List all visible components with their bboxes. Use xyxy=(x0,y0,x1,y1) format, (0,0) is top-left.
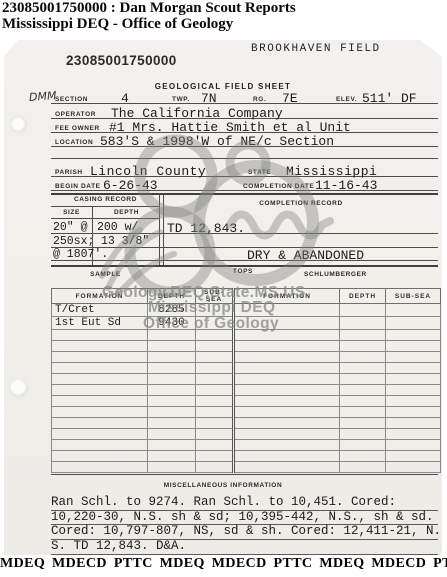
header-title: 23085001750000 : Dan Morgan Scout Report… xyxy=(2,0,296,17)
col-header: DEPTH xyxy=(340,289,386,304)
begin-date-value: 6-26-43 xyxy=(103,178,158,193)
formation-cell: 1st Eut Sd xyxy=(52,317,148,330)
screenshot-root: 23085001750000 : Dan Morgan Scout Report… xyxy=(0,0,447,577)
operator-value: The California Company xyxy=(111,106,283,121)
begin-date-label: BEGIN DATE xyxy=(55,183,101,190)
tops-empty-row xyxy=(52,363,441,374)
punch-hole xyxy=(9,378,27,396)
rg-label: RG. xyxy=(253,96,266,103)
col-header: SUB-SEA xyxy=(386,289,441,304)
misc-line: Ran Schl. to 9274. Ran Schl. to 10,451. … xyxy=(51,496,438,511)
tops-empty-row xyxy=(52,440,441,451)
tops-empty-row xyxy=(52,396,441,407)
misc-info-block: Ran Schl. to 9274. Ran Schl. to 10,451. … xyxy=(51,496,438,555)
rule xyxy=(51,218,160,219)
tops-empty-row xyxy=(52,374,441,385)
footer-banner: MDEQ MDECD PTTC MDEQ MDECD PTTC MDEQ MDE… xyxy=(0,556,447,572)
location-value: 583'S & 1998'W of NE/c Section xyxy=(100,134,334,149)
watermark-office-text: Office of Geology xyxy=(143,315,279,333)
tops-empty-row xyxy=(52,451,441,462)
casing-depth-value: 13 3/8" xyxy=(101,235,149,248)
section-label: SECTION xyxy=(55,96,88,103)
depth-cell xyxy=(340,304,386,317)
api-number: 23085001750000 xyxy=(66,53,177,68)
misc-line: 10,220-30, N.S. sh & sd; 10,395-442, N.S… xyxy=(51,511,438,526)
casing-size-value: 20" @ xyxy=(53,221,88,234)
parish-value: Lincoln County xyxy=(90,164,206,179)
location-label: LOCATION xyxy=(55,139,93,146)
field-name: BROOKHAVEN FIELD xyxy=(251,43,381,55)
tops-label: TOPS xyxy=(233,268,253,275)
elev-label: ELEV. xyxy=(336,96,357,103)
operator-label: OPERATOR xyxy=(55,111,96,118)
elev-value: 511' DF xyxy=(362,91,417,106)
formation-cell: T/Cret xyxy=(52,304,148,317)
twp-value: 7N xyxy=(201,91,217,106)
completion-date-label: COMPLETION DATE xyxy=(243,183,314,190)
parish-label: PARISH xyxy=(55,169,83,176)
subsea-cell xyxy=(386,304,441,317)
tops-empty-row xyxy=(52,418,441,429)
tops-empty-row xyxy=(52,341,441,352)
header-subtitle: Mississippi DEQ - Office of Geology xyxy=(2,16,233,33)
depth-cell xyxy=(340,317,386,330)
completion-date-value: 11-16-43 xyxy=(315,178,377,193)
rule xyxy=(51,474,438,475)
misc-line: S. TD 12,843. D&A. xyxy=(51,540,438,555)
state-label: STATE xyxy=(248,169,271,176)
subsea-cell xyxy=(386,317,441,330)
sheet-title: GEOLOGICAL FIELD SHEET xyxy=(4,82,442,91)
casing-depth-value: 200 w/ xyxy=(97,221,138,234)
state-value: Mississippi xyxy=(286,164,377,179)
casing-record-title: CASING RECORD xyxy=(51,196,160,203)
rg-value: 7E xyxy=(282,91,298,106)
total-depth-value: TD 12,843. xyxy=(167,221,245,236)
tops-empty-row xyxy=(52,462,441,473)
schlumberger-label: SCHLUMBERGER xyxy=(304,271,367,278)
tops-empty-row xyxy=(52,385,441,396)
rule xyxy=(51,193,438,195)
tops-empty-row xyxy=(52,429,441,440)
rule xyxy=(51,265,438,267)
rule xyxy=(51,158,438,159)
tops-empty-row xyxy=(52,407,441,418)
section-value: 4 xyxy=(121,91,129,106)
sample-label: SAMPLE xyxy=(51,271,160,278)
misc-info-title: MISCELLANEOUS INFORMATION xyxy=(4,482,442,489)
rule xyxy=(159,193,164,265)
fee-owner-value: #1 Mrs. Hattie Smith et al Unit xyxy=(109,120,351,135)
well-status-value: DRY & ABANDONED xyxy=(247,248,364,263)
rule xyxy=(51,260,438,261)
punch-hole xyxy=(10,116,26,132)
casing-size-value: @ 1807'. xyxy=(53,248,108,261)
rule xyxy=(51,206,160,207)
scanned-field-sheet: 23085001750000 BROOKHAVEN FIELD GEOLOGIC… xyxy=(4,40,442,555)
misc-line: Cored: 10,797-807, NS, sd & sh. Cored: 1… xyxy=(51,525,438,540)
twp-label: TWP. xyxy=(172,96,190,103)
completion-record-title: COMPLETION RECORD xyxy=(164,200,438,207)
tops-empty-row xyxy=(52,352,441,363)
fee-owner-label: FEE OWNER xyxy=(55,125,100,132)
casing-size-header: SIZE xyxy=(51,209,92,216)
casing-depth-header: DEPTH xyxy=(93,209,160,216)
margin-note: DMM xyxy=(29,89,57,104)
casing-size-value: 250sx; xyxy=(53,235,94,248)
